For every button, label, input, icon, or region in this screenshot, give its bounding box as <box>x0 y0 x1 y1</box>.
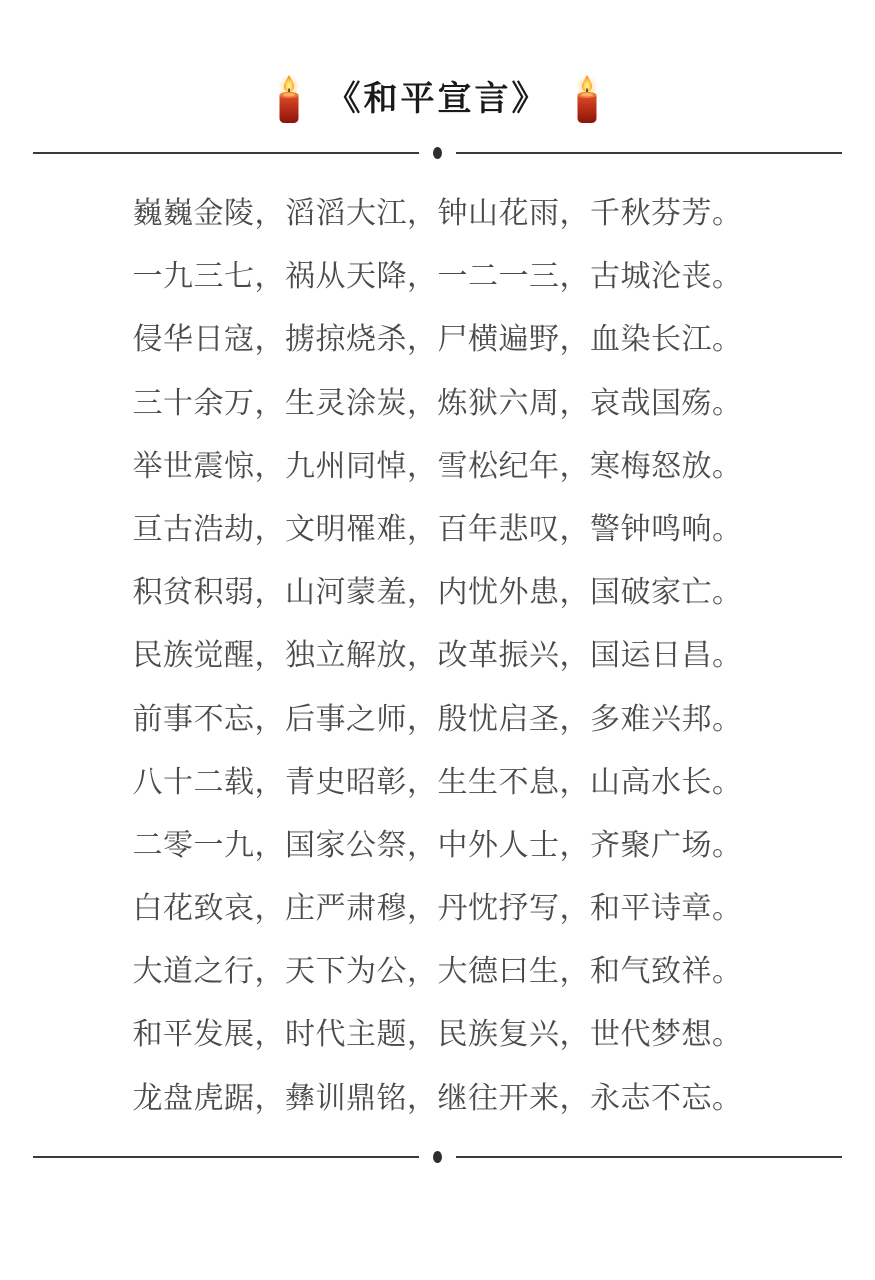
page-title: 《和平宣言》 <box>327 74 549 124</box>
poem-line: 八十二载，青史昭彰，生生不息，山高水长。 <box>0 751 875 814</box>
divider-line <box>33 152 419 154</box>
poem: 巍巍金陵，滔滔大江，钟山花雨，千秋芬芳。 一九三七，祸从天降，一二一三，古城沦丧… <box>0 159 875 1130</box>
divider-dot <box>433 1151 442 1163</box>
poem-line: 巍巍金陵，滔滔大江，钟山花雨，千秋芬芳。 <box>0 182 875 245</box>
candle-icon <box>573 74 601 124</box>
poem-line: 侵华日寇，掳掠烧杀，尸横遍野，血染长江。 <box>0 308 875 371</box>
poem-line: 前事不忘，后事之师，殷忧启圣，多难兴邦。 <box>0 688 875 751</box>
top-divider <box>33 147 842 159</box>
poem-line: 大道之行，天下为公，大德曰生，和气致祥。 <box>0 940 875 1003</box>
peace-declaration-page: 《和平宣言》 巍巍金陵，滔滔大江，钟山花雨，千秋芬芳。 一九三七，祸从天降，一二… <box>0 0 875 1280</box>
bottom-divider <box>33 1151 842 1163</box>
poem-line: 民族觉醒，独立解放，改革振兴，国运日昌。 <box>0 624 875 687</box>
poem-line: 一九三七，祸从天降，一二一三，古城沦丧。 <box>0 245 875 308</box>
poem-line: 亘古浩劫，文明罹难，百年悲叹，警钟鸣响。 <box>0 498 875 561</box>
poem-line: 二零一九，国家公祭，中外人士，齐聚广场。 <box>0 814 875 877</box>
divider-dot <box>433 147 442 159</box>
poem-line: 积贫积弱，山河蒙羞，内忧外患，国破家亡。 <box>0 561 875 624</box>
poem-line: 和平发展，时代主题，民族复兴，世代梦想。 <box>0 1003 875 1066</box>
divider-line <box>456 152 842 154</box>
header: 《和平宣言》 <box>0 0 875 124</box>
divider-line <box>33 1156 419 1158</box>
divider-line <box>456 1156 842 1158</box>
poem-line: 龙盘虎踞，彝训鼎铭，继往开来，永志不忘。 <box>0 1067 875 1130</box>
candle-icon <box>275 74 303 124</box>
poem-line: 三十余万，生灵涂炭，炼狱六周，哀哉国殇。 <box>0 372 875 435</box>
poem-line: 白花致哀，庄严肃穆，丹忱抒写，和平诗章。 <box>0 877 875 940</box>
poem-line: 举世震惊，九州同悼，雪松纪年，寒梅怒放。 <box>0 435 875 498</box>
